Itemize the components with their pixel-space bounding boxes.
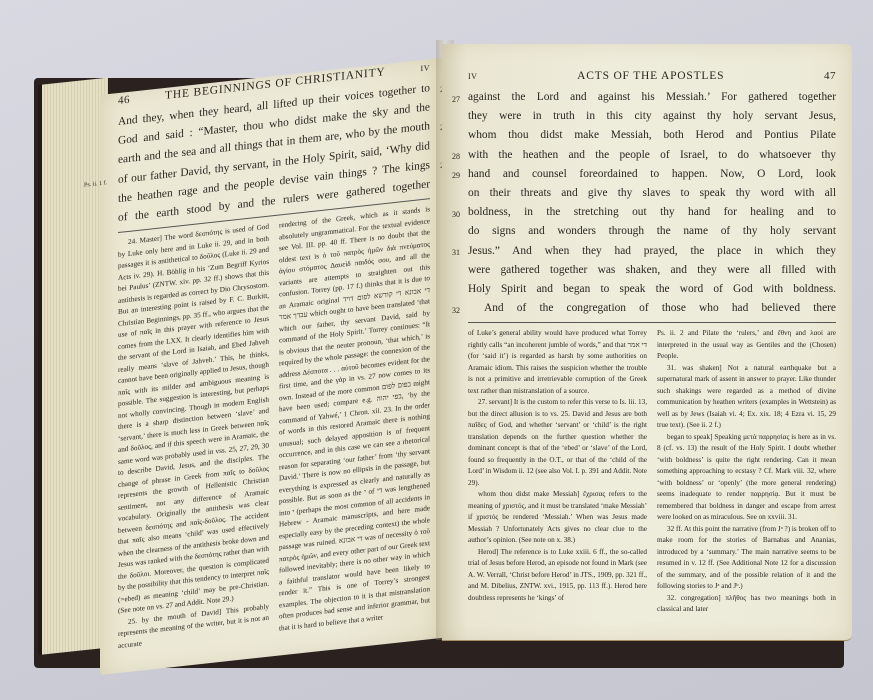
right-page: IV ACTS OF THE APOSTLES 47 27 against th… — [442, 44, 852, 641]
commentary-paragraph: rendering of the Greek, which as it stan… — [279, 204, 430, 634]
margin-reference: Ps. ii. 1 f. — [84, 174, 107, 196]
verse-number: 29 — [452, 166, 460, 185]
text-line: Holy Spirit and began to speak the word … — [468, 280, 836, 299]
commentary-paragraph: 32 ff. At this point the narrative (from… — [657, 524, 836, 593]
text-line: with the heathen and the people of Israe… — [468, 146, 836, 165]
footnote-rule — [468, 322, 836, 323]
right-running-head: IV ACTS OF THE APOSTLES 47 — [468, 70, 836, 82]
verse-number: 27 — [452, 90, 460, 109]
commentary-paragraph: began to speak] Speaking μετὰ παρρησίας … — [657, 432, 836, 524]
right-commentary-col-2: Ps. ii. 2 and Pilate the ‘rulers,’ and ἔ… — [657, 328, 836, 616]
commentary-paragraph: of Luke’s general ability would have pro… — [468, 328, 647, 397]
left-page: 46 THE BEGINNINGS OF CHRISTIANITY IV And… — [100, 57, 450, 675]
text-line: against the Lord and against his Messiah… — [468, 88, 836, 107]
verse-number: 28 — [452, 147, 460, 166]
right-volume-number: IV — [468, 72, 477, 81]
commentary-paragraph: Ps. ii. 2 and Pilate the ‘rulers,’ and ἔ… — [657, 328, 836, 363]
commentary-paragraph: 27. servant] It is the custom to refer t… — [468, 397, 647, 489]
right-commentary-col-1: of Luke’s general ability would have pro… — [468, 328, 647, 616]
right-running-title: ACTS OF THE APOSTLES — [577, 70, 724, 82]
text-line: do signs and wonders through the name of… — [468, 222, 836, 241]
text-line: were gathered together was shaken, and t… — [468, 261, 836, 280]
text-line: Jesus.” And when they had prayed, the pl… — [468, 242, 836, 261]
left-commentary: 24. Master] The word δεσπότης is used of… — [118, 204, 430, 652]
verse-number: 30 — [452, 205, 460, 224]
page-edges — [38, 78, 108, 655]
right-main-text: 27 against the Lord and against his Mess… — [468, 88, 836, 318]
text-line: hand and counsel foreordained to happen.… — [468, 165, 836, 184]
commentary-paragraph: Herod] The reference is to Luke xxiii. 6… — [468, 547, 647, 605]
right-commentary: of Luke’s general ability would have pro… — [468, 328, 836, 616]
verse-number: 31 — [452, 243, 460, 262]
verse-number: 32 — [452, 301, 460, 320]
left-folio: 46 — [118, 94, 130, 107]
commentary-paragraph: 31. was shaken] Not a natural earthquake… — [657, 363, 836, 432]
left-volume-number: IV — [421, 63, 430, 73]
text-line: on their threats and give thy slaves to … — [468, 184, 836, 203]
text-line: whom thou didst make Messiah, both Herod… — [468, 126, 836, 145]
left-commentary-col-1: 24. Master] The word δεσπότης is used of… — [118, 222, 269, 652]
commentary-paragraph: whom thou didst make Messiah] ἔχρισας re… — [468, 489, 647, 547]
left-commentary-col-2: rendering of the Greek, which as it stan… — [279, 204, 430, 634]
text-line: they were in truth in this city against … — [468, 107, 836, 126]
commentary-paragraph: 32. congregation] πλῆθος has two meaning… — [657, 593, 836, 616]
text-line: And of the congregation of those who had… — [468, 299, 836, 318]
right-folio: 47 — [824, 70, 836, 82]
text-line: boldness, in the stretching out thy hand… — [468, 203, 836, 222]
commentary-paragraph: 24. Master] The word δεσπότης is used of… — [118, 222, 269, 618]
